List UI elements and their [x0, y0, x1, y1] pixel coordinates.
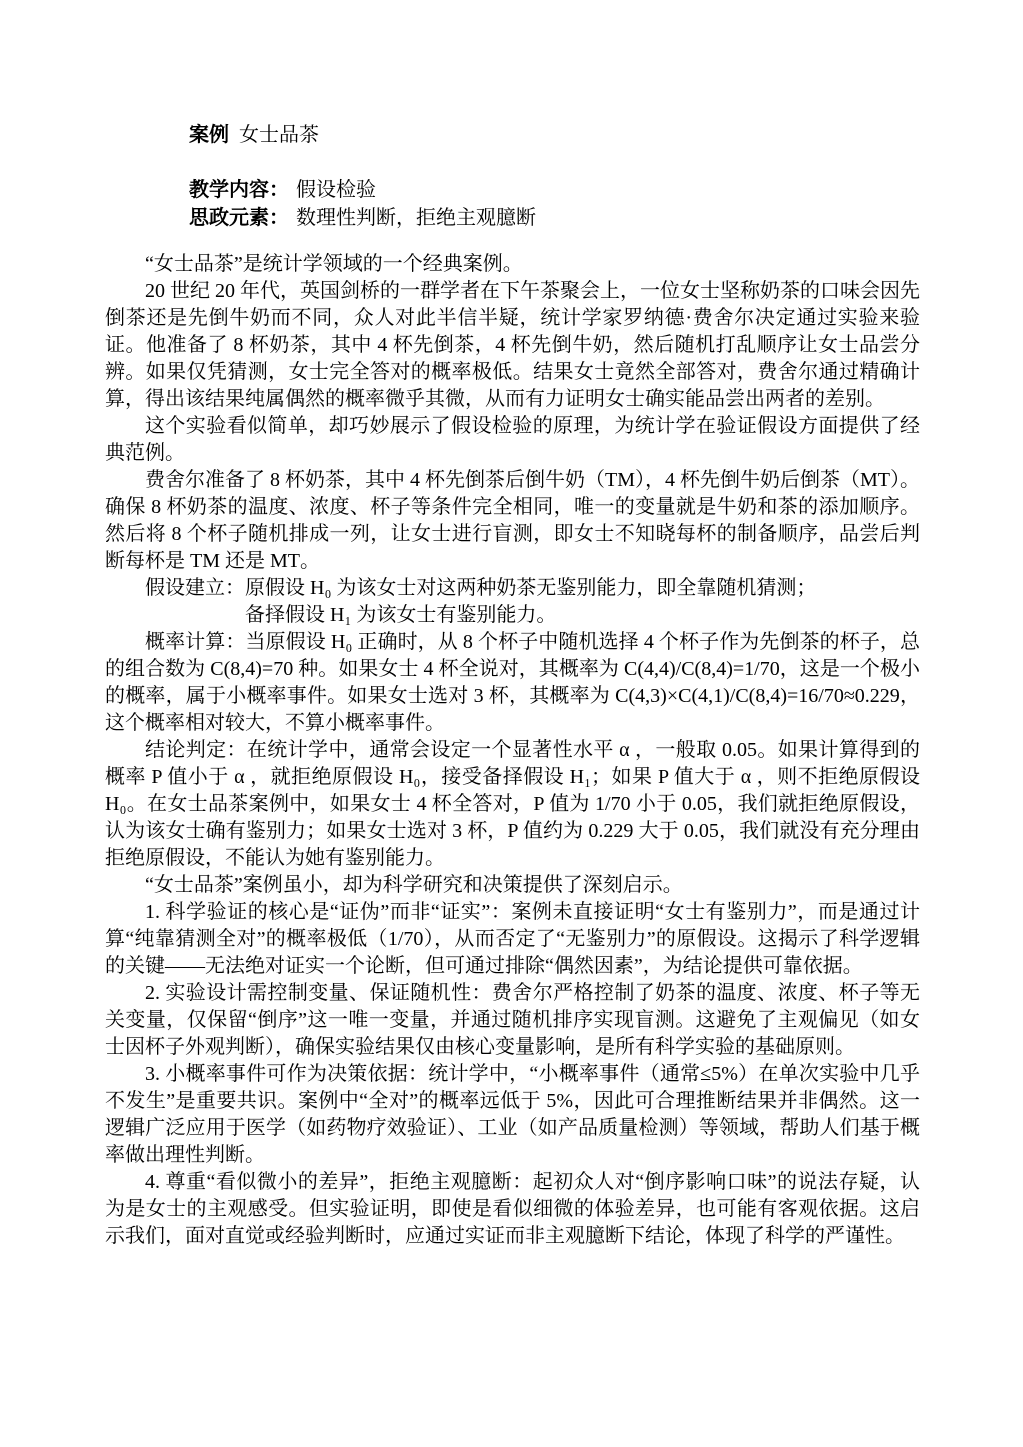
- paragraph-probability-calculation: 概率计算：当原假设 H₀ 正确时，从 8 个杯子中随机选择 4 个杯子作为先倒茶…: [105, 629, 920, 737]
- paragraph-hypothesis-alternative: 备择假设 H₁ 为该女士有鉴别能力。: [245, 602, 920, 629]
- document-body: “女士品茶”是统计学领域的一个经典案例。 20 世纪 20 年代，英国剑桥的一群…: [105, 251, 920, 1250]
- paragraph-insight-2: 2. 实验设计需控制变量、保证随机性：费舍尔严格控制了奶茶的温度、浓度、杯子等无…: [105, 980, 920, 1061]
- meta-teaching-content-value: 假设检验: [296, 179, 376, 201]
- paragraph-insight-1: 1. 科学验证的核心是“证伪”而非“证实”：案例未直接证明“女士有鉴别力”，而是…: [105, 899, 920, 980]
- document-page: 案例女士品茶 教学内容：假设检验 思政元素：数理性判断，拒绝主观臆断 “女士品茶…: [0, 0, 1023, 1447]
- teaching-meta: 教学内容：假设检验 思政元素：数理性判断，拒绝主观臆断: [189, 176, 920, 232]
- meta-ideological-elements: 思政元素：数理性判断，拒绝主观臆断: [189, 204, 920, 232]
- case-title-text: 女士品茶: [239, 124, 319, 146]
- meta-ideological-elements-value: 数理性判断，拒绝主观臆断: [296, 207, 536, 229]
- paragraph-hypothesis-null: 假设建立：原假设 H₀ 为该女士对这两种奶茶无鉴别能力，即全靠随机猜测；: [105, 575, 920, 602]
- meta-ideological-elements-label: 思政元素：: [189, 207, 289, 229]
- paragraph-intro: “女士品茶”是统计学领域的一个经典案例。: [105, 251, 920, 278]
- paragraph-insights-lead: “女士品茶”案例虽小，却为科学研究和决策提供了深刻启示。: [105, 872, 920, 899]
- meta-teaching-content: 教学内容：假设检验: [189, 176, 920, 204]
- paragraph-experiment-setup: 费舍尔准备了 8 杯奶茶，其中 4 杯先倒茶后倒牛奶（TM），4 杯先倒牛奶后倒…: [105, 467, 920, 575]
- paragraph-insight-3: 3. 小概率事件可作为决策依据：统计学中，“小概率事件（通常≤5%）在单次实验中…: [105, 1061, 920, 1169]
- case-heading: 案例女士品茶: [189, 121, 920, 149]
- paragraph-conclusion-judgment: 结论判定：在统计学中，通常会设定一个显著性水平 α ，一般取 0.05。如果计算…: [105, 737, 920, 872]
- meta-teaching-content-label: 教学内容：: [189, 179, 289, 201]
- paragraph-significance: 这个实验看似简单，却巧妙展示了假设检验的原理，为统计学在验证假设方面提供了经典范…: [105, 413, 920, 467]
- paragraph-insight-4: 4. 尊重“看似微小的差异”，拒绝主观臆断：起初众人对“倒序影响口味”的说法存疑…: [105, 1169, 920, 1250]
- paragraph-story: 20 世纪 20 年代，英国剑桥的一群学者在下午茶聚会上，一位女士坚称奶茶的口味…: [105, 278, 920, 413]
- case-label: 案例: [189, 124, 229, 146]
